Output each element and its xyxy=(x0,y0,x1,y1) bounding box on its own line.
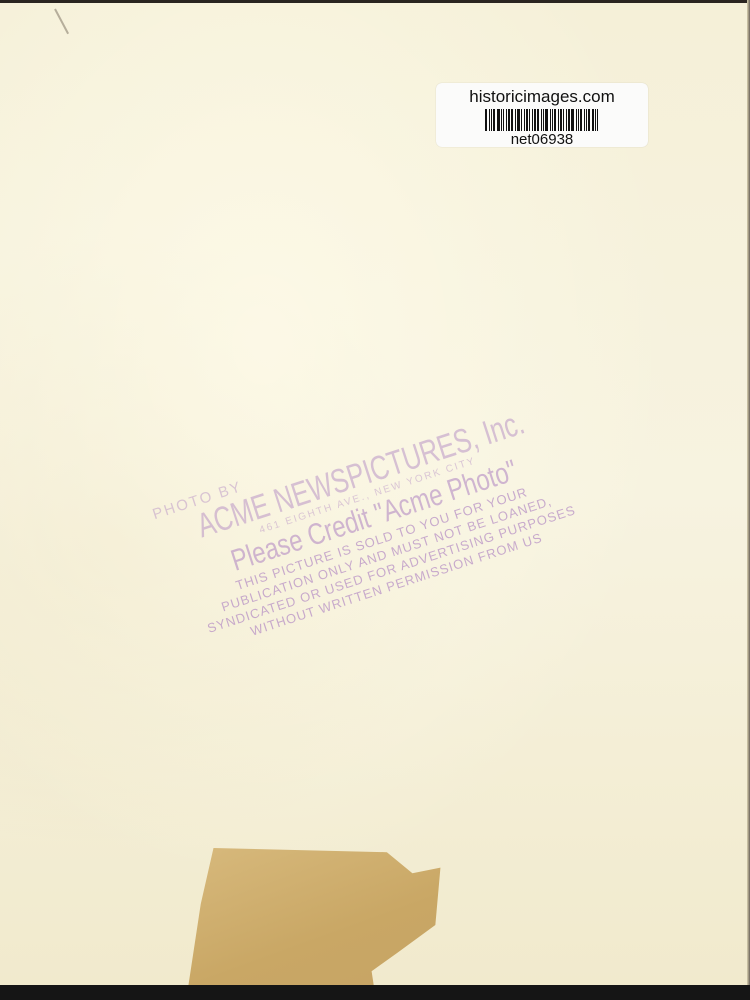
archive-label: historicimages.com net06938 xyxy=(436,83,648,147)
label-site: historicimages.com xyxy=(436,88,648,106)
barcode-icon xyxy=(467,109,617,131)
scan-bottom-edge xyxy=(0,985,750,1000)
scan-top-edge xyxy=(0,0,750,3)
label-code: net06938 xyxy=(436,132,648,148)
